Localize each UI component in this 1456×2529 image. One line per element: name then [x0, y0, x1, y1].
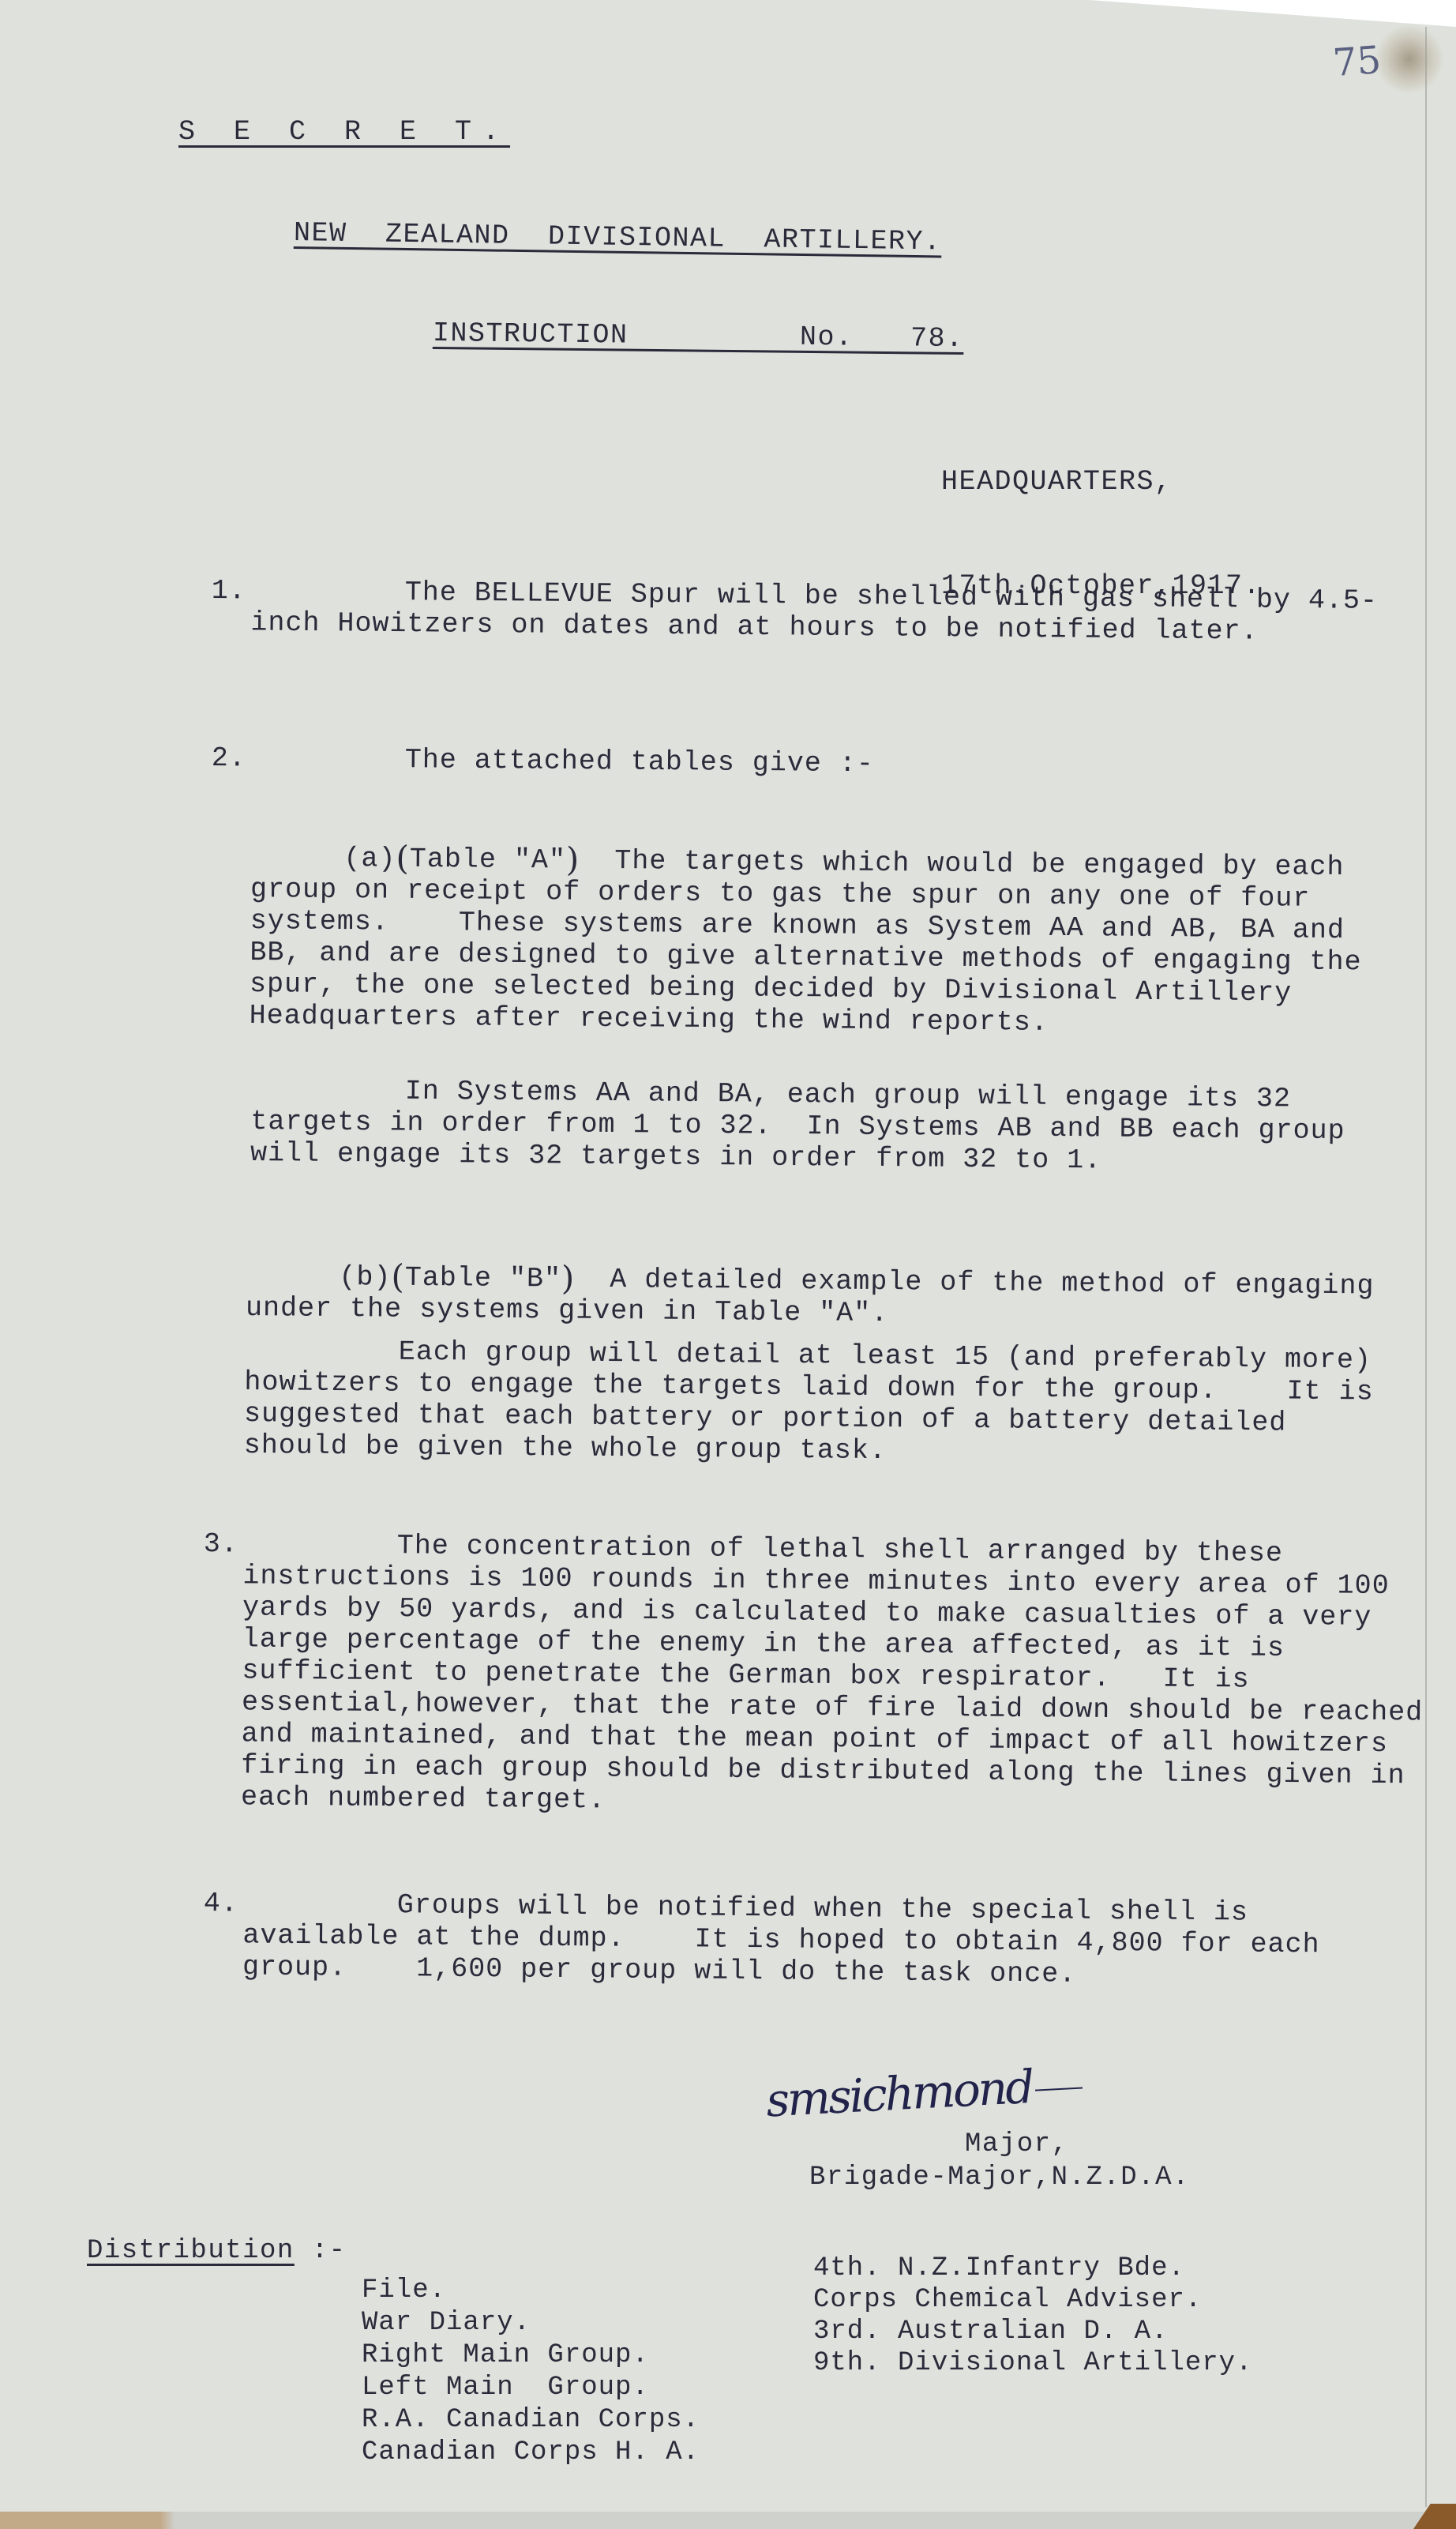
paragraph-text: The concentration of lethal shell arrang…: [241, 1528, 1428, 1823]
page-edge: [1425, 27, 1427, 2507]
subsection-marker: (a): [343, 843, 396, 875]
distribution-heading: Distribution :-: [87, 2238, 347, 2264]
distribution-list-left: File. War Diary. Right Main Group. Left …: [362, 2275, 700, 2469]
signatory-title: Brigade-Major,N.Z.D.A.: [809, 2164, 1190, 2191]
instruction-title: INSTRUCTION No. 78.: [433, 320, 964, 353]
distribution-item: R.A. Canadian Corps.: [362, 2404, 700, 2437]
headquarters-label: HEADQUARTERS,: [941, 464, 1261, 499]
bracket-close: ): [566, 840, 580, 878]
distribution-item: 3rd. Australian D. A.: [813, 2316, 1253, 2347]
subsection-b: (b)(Table "B") A detailed example of the…: [246, 1228, 1399, 1334]
distribution-item: Corps Chemical Adviser.: [813, 2284, 1253, 2316]
paragraph-text: Groups will be notified when the special…: [242, 1888, 1364, 1992]
background-surface: [0, 2512, 1456, 2529]
folio-number: 75: [1331, 38, 1383, 85]
table-reference: Table "A": [410, 844, 566, 877]
subsection-a: (a)(Table "A") The targets which would b…: [250, 810, 1404, 1042]
distribution-suffix: :-: [295, 2236, 347, 2266]
classification-heading: S E C R E T.: [178, 118, 510, 146]
bracket-open: (: [396, 839, 410, 877]
paragraph-number: 2.: [212, 742, 246, 774]
distribution-item: 9th. Divisional Artillery.: [813, 2347, 1253, 2379]
distribution-list-right: 4th. N.Z.Infantry Bde. Corps Chemical Ad…: [813, 2253, 1253, 2379]
distribution-item: War Diary.: [362, 2307, 700, 2339]
paragraph-4: 4. Groups will be notified when the spec…: [203, 1888, 1364, 1993]
subsection-marker: (b): [339, 1261, 391, 1294]
subsection-a-continued: In Systems AA and BA, each group will en…: [250, 1074, 1404, 1179]
paragraph-number: 4.: [204, 1888, 238, 1919]
distribution-item: File.: [362, 2275, 700, 2307]
bracket-close: ): [561, 1258, 576, 1297]
distribution-item: 4th. N.Z.Infantry Bde.: [813, 2253, 1253, 2284]
paragraph-1: 1. The BELLEVUE Spur will be shelled wit…: [211, 575, 1428, 648]
distribution-item: Right Main Group.: [362, 2339, 700, 2372]
table-reference: Table "B": [405, 1262, 561, 1295]
signatory-rank: Major,: [965, 2131, 1068, 2158]
distribution-item: Canadian Corps H. A.: [362, 2437, 700, 2469]
subsection-b-continued: Each group will detail at least 15 (and …: [244, 1335, 1398, 1471]
distribution-label: Distribution: [87, 2236, 295, 2266]
paragraph-number: 1.: [212, 575, 246, 607]
stain-mark: [1374, 24, 1445, 95]
paragraph-text: The BELLEVUE Spur will be shelled with g…: [250, 575, 1428, 648]
bracket-open: (: [391, 1257, 405, 1296]
distribution-item: Left Main Group.: [362, 2372, 700, 2404]
paragraph-3: 3. The concentration of lethal shell arr…: [201, 1528, 1428, 1824]
paragraph-number: 3.: [204, 1528, 238, 1560]
